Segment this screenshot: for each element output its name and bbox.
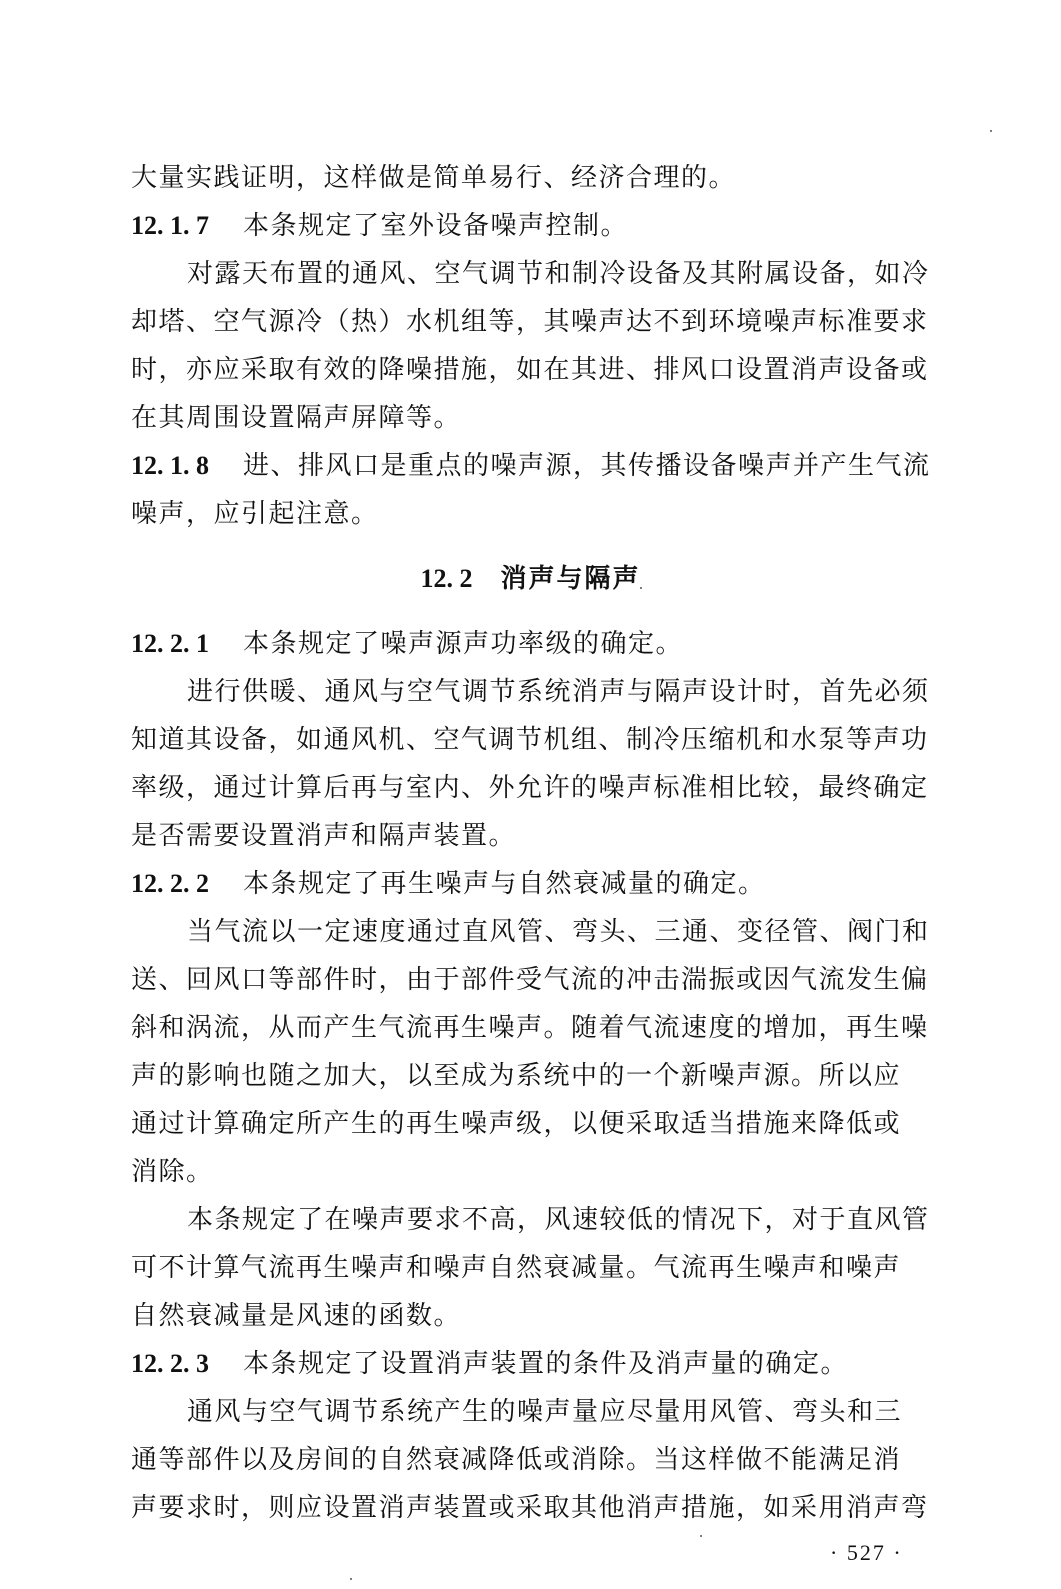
clause-title: 本条规定了再生噪声与自然衰减量的确定。 bbox=[243, 869, 766, 899]
section-title: 消声与隔声 bbox=[500, 564, 640, 594]
paragraph-line: 进行供暖、通风与空气调节系统消声与隔声设计时，首先必须 bbox=[187, 672, 941, 712]
clause-title: 本条规定了设置消声装置的条件及消声量的确定。 bbox=[243, 1349, 848, 1379]
clause-number: 12. 2. 2 bbox=[131, 864, 243, 904]
clause-heading-12-1-7: 12. 1. 7本条规定了室外设备噪声控制。 bbox=[131, 206, 941, 246]
paragraph-line: 时，亦应采取有效的降噪措施，如在其进、排风口设置消声设备或 bbox=[131, 350, 941, 390]
clause-heading-12-2-3: 12. 2. 3本条规定了设置消声装置的条件及消声量的确定。 bbox=[131, 1344, 941, 1384]
section-heading-12-2: 12. 2消声与隔声 bbox=[0, 559, 1061, 599]
paragraph-line: 通等部件以及房间的自然衰减降低或消除。当这样做不能满足消 bbox=[131, 1440, 941, 1480]
clause-number: 12. 1. 8 bbox=[131, 446, 243, 486]
section-number: 12. 2 bbox=[420, 564, 472, 593]
clause-title: 本条规定了室外设备噪声控制。 bbox=[243, 211, 628, 241]
paragraph-line: 大量实践证明，这样做是简单易行、经济合理的。 bbox=[131, 158, 941, 198]
paragraph-line: 消除。 bbox=[131, 1152, 941, 1192]
clause-title: 本条规定了噪声源声功率级的确定。 bbox=[243, 629, 683, 659]
paragraph-line: 噪声，应引起注意。 bbox=[131, 494, 941, 534]
clause-heading-12-2-2: 12. 2. 2本条规定了再生噪声与自然衰减量的确定。 bbox=[131, 864, 941, 904]
clause-heading-12-2-1: 12. 2. 1本条规定了噪声源声功率级的确定。 bbox=[131, 624, 941, 664]
paragraph-line: 率级，通过计算后再与室内、外允许的噪声标准相比较，最终确定 bbox=[131, 768, 941, 808]
paragraph-line: 声的影响也随之加大，以至成为系统中的一个新噪声源。所以应 bbox=[131, 1056, 941, 1096]
paragraph-line: 是否需要设置消声和隔声装置。 bbox=[131, 816, 941, 856]
paragraph-line: 本条规定了在噪声要求不高，风速较低的情况下，对于直风管 bbox=[187, 1200, 941, 1240]
paragraph-line: 知道其设备，如通风机、空气调节机组、制冷压缩机和水泵等声功 bbox=[131, 720, 941, 760]
paragraph-line: 声要求时，则应设置消声装置或采取其他消声措施，如采用消声弯 bbox=[131, 1488, 941, 1528]
clause-number: 12. 1. 7 bbox=[131, 206, 243, 246]
paragraph-line: 在其周围设置隔声屏障等。 bbox=[131, 398, 941, 438]
scan-speck bbox=[350, 1578, 352, 1580]
clause-title: 进、排风口是重点的噪声源，其传播设备噪声并产生气流 bbox=[243, 451, 931, 481]
paragraph-line: 通过计算确定所产生的再生噪声级，以便采取适当措施来降低或 bbox=[131, 1104, 941, 1144]
scan-speck bbox=[990, 130, 992, 132]
document-page: 大量实践证明，这样做是简单易行、经济合理的。 12. 1. 7本条规定了室外设备… bbox=[0, 0, 1061, 1589]
paragraph-line: 送、回风口等部件时，由于部件受气流的冲击湍振或因气流发生偏 bbox=[131, 960, 941, 1000]
scan-speck bbox=[700, 1535, 702, 1537]
paragraph-line: 当气流以一定速度通过直风管、弯头、三通、变径管、阀门和 bbox=[187, 912, 941, 952]
paragraph-line: 斜和涡流，从而产生气流再生噪声。随着气流速度的增加，再生噪 bbox=[131, 1008, 941, 1048]
clause-heading-12-1-8: 12. 1. 8进、排风口是重点的噪声源，其传播设备噪声并产生气流 bbox=[131, 446, 941, 486]
page-number: · 527 · bbox=[830, 1538, 903, 1568]
scan-speck bbox=[640, 587, 642, 589]
paragraph-line: 可不计算气流再生噪声和噪声自然衰减量。气流再生噪声和噪声 bbox=[131, 1248, 941, 1288]
clause-number: 12. 2. 3 bbox=[131, 1344, 243, 1384]
paragraph-line: 自然衰减量是风速的函数。 bbox=[131, 1296, 941, 1336]
paragraph-line: 对露天布置的通风、空气调节和制冷设备及其附属设备，如冷 bbox=[187, 254, 941, 294]
clause-number: 12. 2. 1 bbox=[131, 624, 243, 664]
paragraph-line: 却塔、空气源冷（热）水机组等，其噪声达不到环境噪声标准要求 bbox=[131, 302, 941, 342]
paragraph-line: 通风与空气调节系统产生的噪声量应尽量用风管、弯头和三 bbox=[187, 1392, 941, 1432]
